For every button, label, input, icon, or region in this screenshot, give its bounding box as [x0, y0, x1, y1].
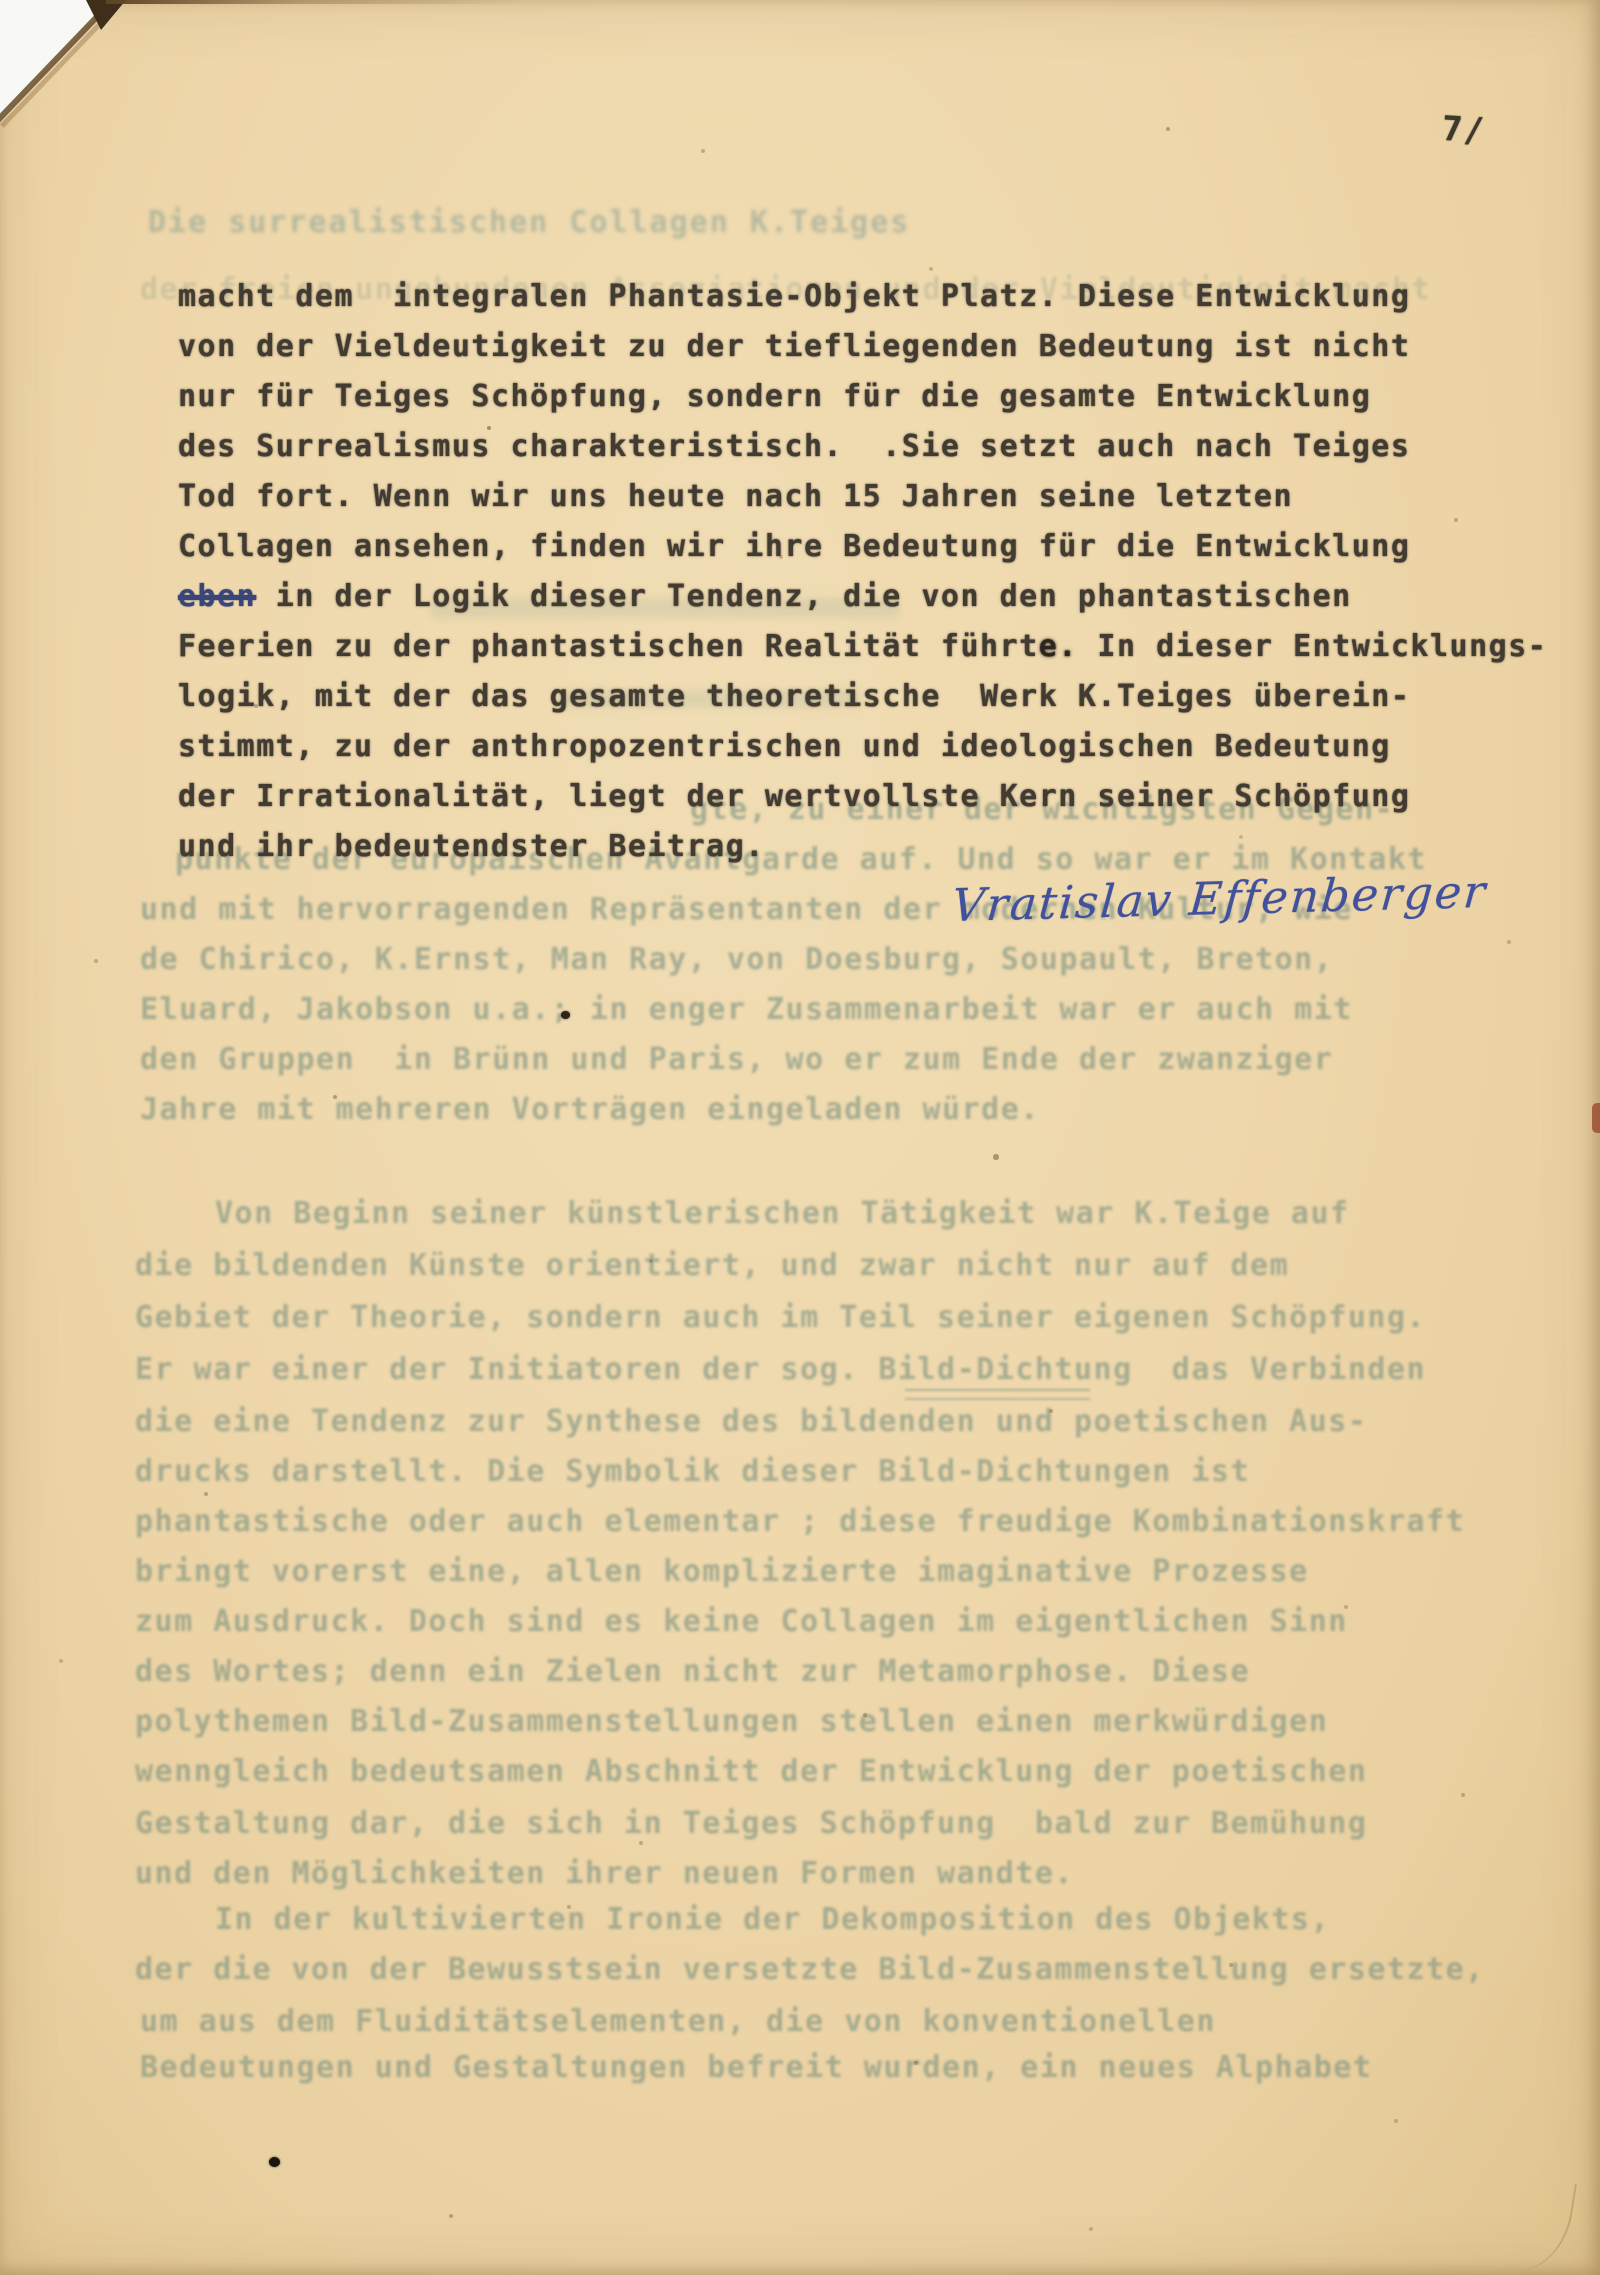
- ink-dot: [269, 2157, 280, 2167]
- ghost-text-line: bringt vorerst eine, allen komplizierte …: [135, 1550, 1309, 1594]
- typed-line: Tod fort. Wenn wir uns heute nach 15 Jah…: [178, 472, 1547, 522]
- page-number: 7/: [1441, 109, 1486, 151]
- typed-line: Feerien zu der phantastischen Realität f…: [178, 622, 1547, 672]
- ghost-text-line: wenngleich bedeutsamen Abschnitt der Ent…: [135, 1750, 1367, 1794]
- ghost-text-line: und den Möglichkeiten ihrer neuen Formen…: [135, 1852, 1074, 1896]
- typed-line: eben in der Logik dieser Tendenz, die vo…: [178, 572, 1547, 622]
- typed-line: Collagen ansehen, finden wir ihre Bedeut…: [178, 522, 1547, 572]
- ghost-text-line: de Chirico, K.Ernst, Man Ray, von Doesbu…: [140, 938, 1333, 982]
- ghost-text-line: um aus dem Fluiditätselementen, die von …: [140, 2000, 1216, 2044]
- ink-dot: [561, 1011, 570, 1019]
- typed-paragraph: macht dem integralen Phantasie-Objekt Pl…: [178, 272, 1547, 872]
- typed-text: In dieser Entwicklungs-: [1078, 629, 1547, 664]
- overstruck-text: e.: [1039, 629, 1078, 664]
- edge-red-mark: [1592, 1103, 1600, 1133]
- paper-top-edge: [106, 0, 526, 4]
- scanned-document: Die surrealistischen Collagen K.Teiges d…: [0, 0, 1600, 2275]
- ghost-text-line: des Wortes; denn ein Zielen nicht zur Me…: [135, 1650, 1250, 1694]
- typed-line: macht dem integralen Phantasie-Objekt Pl…: [178, 272, 1547, 322]
- typed-line: logik, mit der das gesamte theoretische …: [178, 672, 1547, 722]
- ghost-text-line: Bedeutungen und Gestaltungen befreit wur…: [140, 2046, 1372, 2090]
- ghost-text-line: Gebiet der Theorie, sondern auch im Teil…: [135, 1296, 1426, 1340]
- ghost-text-line: Eluard, Jakobson u.a.; in enger Zusammen…: [140, 988, 1353, 1032]
- ghost-heading: Die surrealistischen Collagen K.Teiges: [148, 205, 910, 240]
- ghost-text-line: Jahre mit mehreren Vorträgen eingeladen …: [140, 1088, 1040, 1132]
- typed-line: von der Vieldeutigkeit zu der tiefliegen…: [178, 322, 1547, 372]
- typed-line: der Irrationalität, liegt der wertvollst…: [178, 772, 1547, 822]
- typed-text: Feerien zu der phantastischen Realität f…: [178, 629, 1039, 664]
- typed-text: in der Logik dieser Tendenz, die von den…: [256, 579, 1351, 614]
- ghost-text-line: drucks darstellt. Die Symbolik dieser Bi…: [135, 1450, 1250, 1494]
- ghost-text-line: den Gruppen in Brünn und Paris, wo er zu…: [140, 1038, 1333, 1082]
- ghost-text-line: die eine Tendenz zur Synthese des bilden…: [135, 1400, 1367, 1444]
- typed-line: nur für Teiges Schöpfung, sondern für di…: [178, 372, 1547, 422]
- typed-line: und ihr bedeutendster Beitrag.: [178, 822, 1547, 872]
- paper-specks: [0, 0, 2, 2]
- ghost-text-line: phantastische oder auch elementar ; dies…: [135, 1500, 1465, 1544]
- typed-line: stimmt, zu der anthropozentrischen und i…: [178, 722, 1547, 772]
- ghost-text-line: In der kultivierten Ironie der Dekomposi…: [215, 1898, 1330, 1942]
- ghost-text-line: Gestaltung dar, die sich in Teiges Schöp…: [135, 1802, 1367, 1846]
- ghost-text-line: zum Ausdruck. Doch sind es keine Collage…: [135, 1600, 1348, 1644]
- ghost-text-line: die bildenden Künste orientiert, und zwa…: [135, 1244, 1289, 1288]
- ghost-text-line: der die von der Bewusstsein versetzte Bi…: [135, 1948, 1485, 1992]
- ghost-text-line: polythemen Bild-Zusammenstellungen stell…: [135, 1700, 1328, 1744]
- ghost-text-line: Er war einer der Initiatoren der sog. Bi…: [135, 1348, 1426, 1392]
- ghost-text-line: Von Beginn seiner künstlerischen Tätigke…: [215, 1192, 1350, 1236]
- struck-word: eben: [178, 579, 256, 614]
- typed-line: des Surrealismus charakteristisch. .Sie …: [178, 422, 1547, 472]
